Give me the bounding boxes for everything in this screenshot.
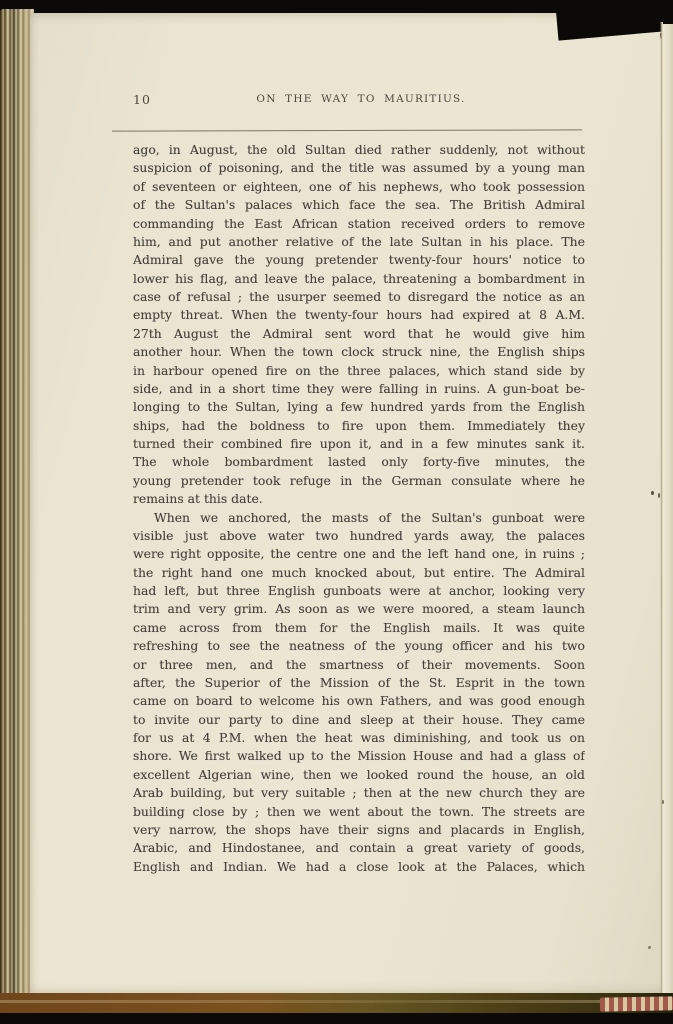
text-line: empty threat. When the twenty-four hours… (133, 306, 585, 324)
text-line: or three men, and the smartness of their… (133, 656, 585, 674)
text-line: trim and very grim. As soon as we were m… (133, 600, 585, 618)
text-line: young pretender took refuge in the Germa… (133, 472, 585, 490)
text-line: refreshing to see the neatness of the yo… (133, 637, 585, 655)
text-line: excellent Algerian wine, then we looked … (133, 766, 585, 784)
top-right-shadow-notch (556, 0, 673, 41)
text-line: longing to the Sultan, lying a few hundr… (133, 398, 585, 416)
text-line: him, and put another relative of the lat… (133, 233, 585, 251)
text-line: case of refusal ; the usurper seemed to … (133, 288, 585, 306)
page-fore-edge-stack (0, 9, 34, 995)
ink-speck (648, 946, 651, 949)
text-line: had left, but three English gunboats wer… (133, 582, 585, 600)
page-number: 10 (133, 92, 151, 107)
endband-stripes (600, 996, 673, 1011)
text-line: commanding the East African station rece… (133, 215, 585, 233)
text-line: of seventeen or eighteen, one of his nep… (133, 178, 585, 196)
text-line: building close by ; then we went about t… (133, 803, 585, 821)
text-line: remains at this date. (133, 490, 585, 508)
text-line: came on board to welcome his own Fathers… (133, 692, 585, 710)
text-line: Arabic, and Hindostanee, and contain a g… (133, 839, 585, 857)
text-line: came across from them for the English ma… (133, 619, 585, 637)
facing-page-edge (663, 24, 673, 994)
text-line: suspicion of poisoning, and the title wa… (133, 159, 585, 177)
cover-edge-highlight (0, 1000, 673, 1003)
book-cover-bottom-edge (0, 993, 673, 1013)
text-line: of the Sultan's palaces which face the s… (133, 196, 585, 214)
text-line: for us at 4 P.M. when the heat was dimin… (133, 729, 585, 747)
text-line: shore. We first walked up to the Mission… (133, 747, 585, 765)
text-line: the right hand one much knocked about, b… (133, 564, 585, 582)
text-line: Arab building, but very suitable ; then … (133, 784, 585, 802)
text-line: ago, in August, the old Sultan died rath… (133, 141, 585, 159)
text-line: another hour. When the town clock struck… (133, 343, 585, 361)
text-line: side, and in a short time they were fall… (133, 380, 585, 398)
running-header: ON THE WAY TO MAURITIUS. (256, 93, 466, 105)
text-line: after, the Superior of the Mission of th… (133, 674, 585, 692)
text-line: 27th August the Admiral sent word that h… (133, 325, 585, 343)
text-line: visible just above water two hundred yar… (133, 527, 585, 545)
ink-speck (651, 491, 654, 495)
text-line: turned their combined fire upon it, and … (133, 435, 585, 453)
text-line: ships, had the boldness to fire upon the… (133, 417, 585, 435)
text-line: The whole bombardment lasted only forty-… (133, 453, 585, 471)
scanned-book-page: 10 ON THE WAY TO MAURITIUS. ago, in Augu… (0, 0, 673, 1024)
text-line: were right opposite, the centre one and … (133, 545, 585, 563)
body-text: ago, in August, the old Sultan died rath… (133, 141, 585, 876)
text-line: Admiral gave the young pretender twenty-… (133, 251, 585, 269)
ink-speck (662, 800, 664, 804)
text-line: to invite our party to dine and sleep at… (133, 711, 585, 729)
text-line: very narrow, the shops have their signs … (133, 821, 585, 839)
text-line: lower his flag, and leave the palace, th… (133, 270, 585, 288)
text-line: in harbour opened fire on the three pala… (133, 362, 585, 380)
text-line: When we anchored, the masts of the Sulta… (133, 509, 585, 527)
text-line: English and Indian. We had a close look … (133, 858, 585, 876)
ink-speck (658, 493, 660, 498)
